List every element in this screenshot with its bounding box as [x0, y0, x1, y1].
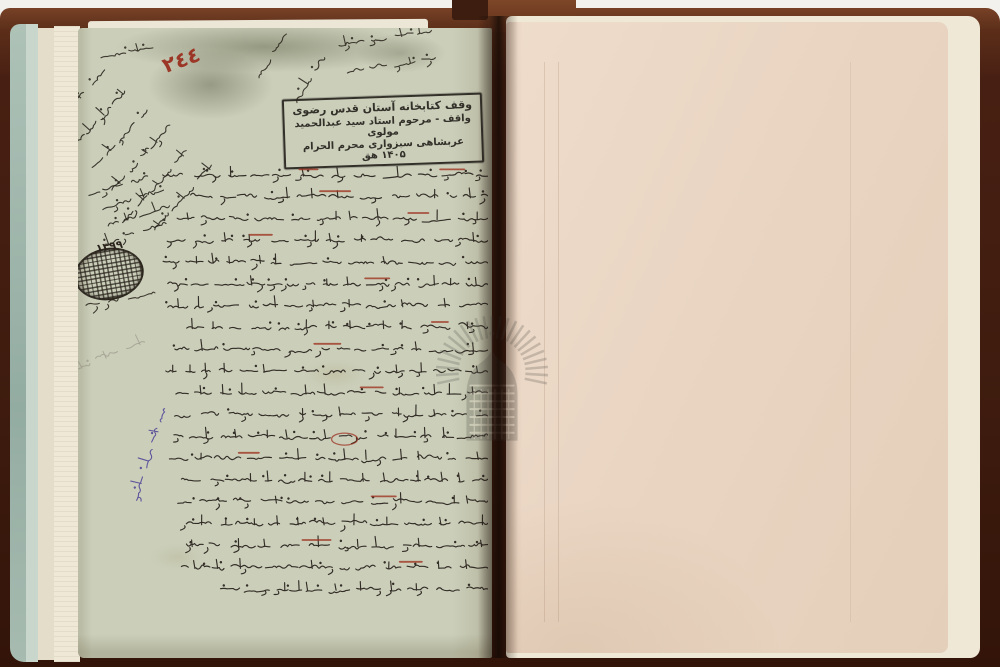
red-overline-accent [407, 212, 429, 214]
page-edge-strip [54, 26, 80, 662]
red-circle-accent [332, 433, 358, 445]
book-spine-shadow [478, 16, 518, 658]
annotation-top-right-ink [326, 28, 449, 79]
left-page-content: ٢٤٤ ١٣٩٩ وقف کتابخانه آستان قدس رضوی واق… [78, 28, 492, 658]
page-edge-strip [38, 28, 54, 660]
right-page-blank [506, 22, 948, 653]
red-overline-accent [399, 561, 423, 563]
red-overline-accent [439, 169, 465, 171]
paper-crease [558, 62, 559, 622]
red-overline-accent [298, 169, 318, 171]
paper-crease [850, 62, 851, 622]
page-edge-strip [10, 24, 26, 662]
manuscript-photo: ٢٤٤ ١٣٩٩ وقف کتابخانه آستان قدس رضوی واق… [0, 0, 1000, 667]
red-overline-accent [360, 387, 384, 389]
red-overline-accent [249, 234, 273, 236]
left-page-manuscript: ٢٤٤ ١٣٩٩ وقف کتابخانه آستان قدس رضوی واق… [78, 28, 492, 658]
folio-number: ٢٤٤ [159, 42, 203, 78]
waqf-stamp-line: عربشاهی سبزواری محرم الحرام ۱۴۰۵ هق [291, 136, 476, 164]
red-overline-accent [371, 496, 397, 498]
red-overline-accent [364, 278, 390, 280]
page-edge-strip [26, 24, 38, 662]
red-overline-accent [319, 190, 351, 192]
red-overline-accent [313, 343, 341, 345]
red-overline-accent [238, 452, 260, 454]
library-waqf-stamp: وقف کتابخانه آستان قدس رضوی واقف - مرحوم… [282, 93, 484, 170]
red-overline-accent [302, 539, 332, 541]
annotation-pencil-scribble [78, 333, 166, 415]
left-page-edges [10, 24, 80, 662]
